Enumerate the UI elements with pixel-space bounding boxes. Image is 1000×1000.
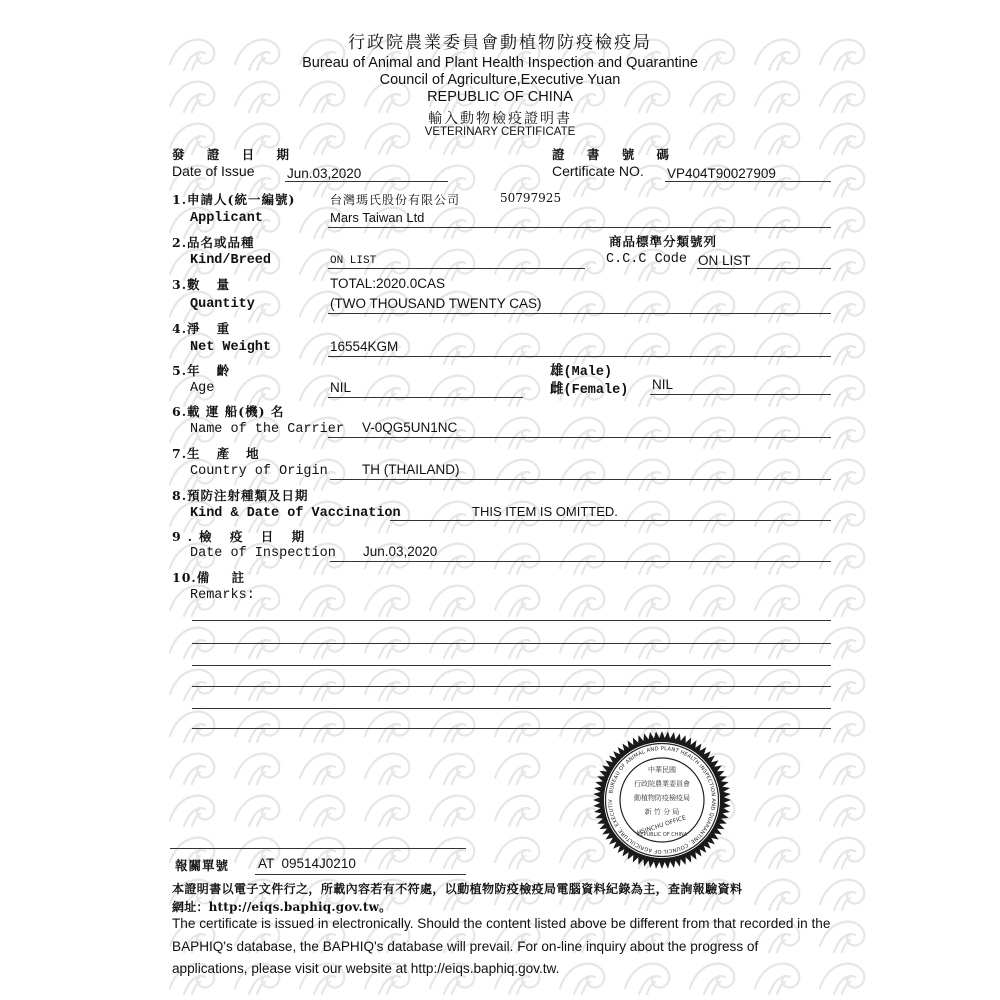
applicant-tax-id: 50797925 — [500, 191, 561, 205]
ccc-value: ON LIST — [698, 253, 751, 268]
age-underline — [328, 397, 523, 398]
certificate-no-label: Certificate NO. — [552, 163, 644, 179]
ccc-label: C.C.C Code — [606, 252, 687, 267]
notice-en: The certificate is issued in electronica… — [172, 913, 832, 981]
inspection-date-value: Jun.03,2020 — [363, 544, 437, 559]
applicant-label-cn: 1.申請人(統一編號) — [172, 190, 295, 208]
female-underline — [650, 394, 831, 395]
country-name: REPUBLIC OF CHINA — [0, 89, 1000, 105]
vaccination-underline — [390, 520, 831, 521]
agency-name-cn: 行政院農業委員會動植物防疫檢疫局 — [0, 28, 1000, 53]
applicant-value-cn: 台灣瑪氏股份有限公司 — [330, 191, 460, 208]
document-title-cn: 輸入動物檢疫證明書 — [0, 108, 1000, 128]
seal-line-1: 中華民國 — [648, 765, 676, 774]
seal-line-2: 行政院農業委員會 — [634, 779, 690, 788]
remarks-line-3 — [192, 665, 831, 666]
female-label: 雌(Female) — [550, 377, 628, 398]
quantity-label: Quantity — [190, 297, 255, 312]
seal-line-4: 新 竹 分 局 — [645, 807, 680, 816]
net-weight-label-cn: 4.淨 重 — [172, 319, 230, 337]
net-weight-label: Net Weight — [190, 340, 271, 355]
vaccination-label-cn: 8.預防注射種類及日期 — [172, 486, 309, 504]
issue-date-underline — [285, 181, 448, 182]
ccc-label-cn: 商品標準分類號列 — [609, 232, 717, 250]
ccc-underline — [697, 268, 831, 269]
vaccination-label: Kind & Date of Vaccination — [190, 506, 401, 521]
applicant-label: Applicant — [190, 211, 263, 226]
applicant-underline — [328, 227, 831, 228]
remarks-label-cn: 10.備 註 — [172, 568, 245, 586]
watermark-pattern — [0, 0, 1000, 1000]
carrier-label: Name of the Carrier — [190, 422, 344, 437]
remarks-line-6 — [192, 728, 831, 729]
remarks-label: Remarks: — [190, 588, 255, 603]
kind-label-cn: 2.品名或品種 — [172, 233, 255, 251]
issue-date-value: Jun.03,2020 — [287, 166, 361, 181]
net-weight-underline — [328, 356, 831, 357]
notice-cn-line-1: 本證明書以電子文件行之，所載內容若有不符處，以動植物防疫檢疫局電腦資料紀錄為主，… — [172, 880, 742, 897]
quantity-label-cn: 3.數 量 — [172, 275, 230, 293]
origin-underline — [330, 479, 831, 480]
issue-date-label-cn: 發 證 日 期 — [172, 145, 298, 163]
remarks-line-1 — [192, 620, 831, 621]
age-label: Age — [190, 381, 214, 396]
age-value: NIL — [330, 380, 351, 395]
remarks-line-2 — [192, 643, 831, 644]
customs-top-rule — [170, 848, 466, 849]
inspection-date-underline — [330, 561, 831, 562]
official-seal: BUREAU OF ANIMAL AND PLANT HEALTH INSPEC… — [592, 730, 732, 870]
customs-no-underline — [255, 874, 466, 875]
document-title-en: VETERINARY CERTIFICATE — [0, 126, 1000, 138]
carrier-underline — [328, 437, 831, 438]
remarks-line-4 — [192, 686, 831, 687]
vaccination-value: THIS ITEM IS OMITTED. — [472, 504, 618, 519]
quantity-value-total: TOTAL:2020.0CAS — [330, 276, 445, 291]
seal-line-3: 動植物防疫檢疫局 — [634, 793, 690, 802]
remarks-line-5 — [192, 708, 831, 709]
age-label-cn: 5.年 齡 — [172, 361, 230, 379]
customs-no-value: AT 09514J0210 — [258, 856, 356, 871]
quantity-underline — [328, 313, 831, 314]
agency-name-en: Bureau of Animal and Plant Health Inspec… — [0, 55, 1000, 71]
issue-date-label: Date of Issue — [172, 163, 255, 179]
carrier-value: V-0QG5UN1NC — [362, 420, 457, 435]
certificate-no-label-cn: 證 書 號 碼 — [552, 145, 678, 163]
female-value: NIL — [652, 377, 673, 392]
inspection-date-label-cn: 9.檢 疫 日 期 — [172, 527, 311, 545]
seal-country: REPUBLIC OF CHINA — [637, 832, 688, 838]
certificate-no-underline — [665, 181, 831, 182]
carrier-label-cn: 6.載 運 船(機) 名 — [172, 402, 284, 420]
customs-no-label: 報關單號 — [175, 856, 229, 874]
net-weight-value: 16554KGM — [330, 339, 398, 354]
origin-label: Country of Origin — [190, 464, 328, 479]
council-name: Council of Agriculture,Executive Yuan — [0, 72, 1000, 88]
quantity-value-words: (TWO THOUSAND TWENTY CAS) — [330, 296, 542, 311]
applicant-value: Mars Taiwan Ltd — [330, 210, 424, 225]
kind-underline — [328, 268, 585, 269]
origin-value: TH (THAILAND) — [362, 462, 460, 477]
inspection-date-label: Date of Inspection — [190, 546, 336, 561]
kind-label: Kind/Breed — [190, 253, 271, 268]
kind-value: ON LIST — [330, 255, 376, 267]
certificate-no-value: VP404T90027909 — [667, 166, 776, 181]
origin-label-cn: 7.生 產 地 — [172, 444, 260, 462]
